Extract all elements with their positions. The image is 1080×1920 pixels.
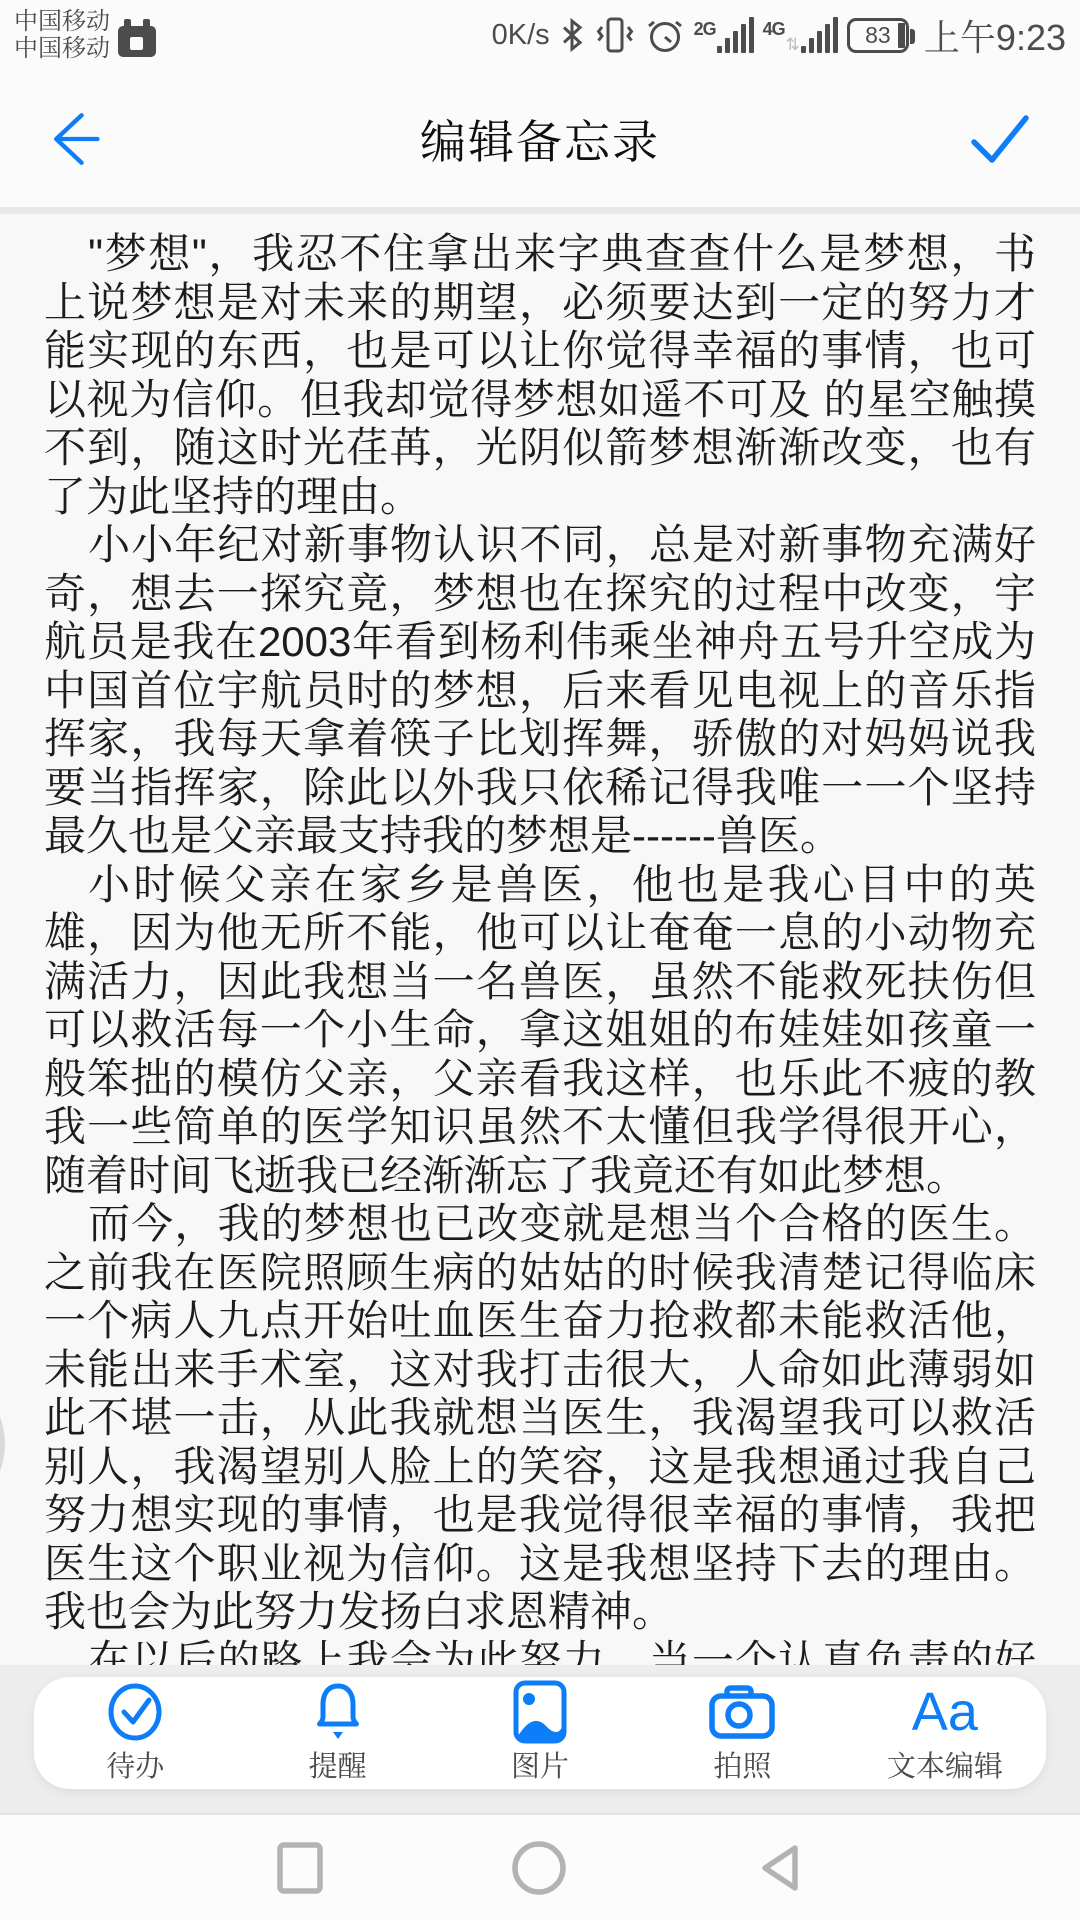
text-edit-label: 文本编辑 <box>887 1744 1003 1785</box>
image-icon <box>513 1681 567 1743</box>
note-paragraph[interactable]: "梦想"，我忍不住拿出来字典查查什么是梦想，书上说梦想是对未来的期望，必须要达到… <box>44 230 1036 521</box>
text-edit-button[interactable]: Aa 文本编辑 <box>844 1677 1046 1789</box>
back-button[interactable] <box>40 99 120 179</box>
system-nav-bar <box>0 1813 1080 1920</box>
reminder-label: 提醒 <box>309 1744 367 1785</box>
app-header: 编辑备忘录 <box>0 70 1080 207</box>
note-paragraph[interactable]: 而今，我的梦想也已改变就是想当个合格的医生。之前我在医院照顾生病的姑姑的时候我清… <box>44 1200 1036 1637</box>
note-paragraph[interactable]: 小小年纪对新事物认识不同，总是对新事物充满好奇，想去一探究竟，梦想也在探究的过程… <box>44 521 1036 861</box>
alarm-icon <box>645 15 685 55</box>
note-paragraph[interactable]: 在以后的路上我会为此努力，当一个认真负责的好医生，希望以后中国在医学方面有更大的… <box>44 1637 1036 1666</box>
signal-bars-4g: 4G ⇅ <box>763 17 838 53</box>
note-editor[interactable]: "梦想"，我忍不住拿出来字典查查什么是梦想，书上说梦想是对未来的期望，必须要达到… <box>0 214 1080 1665</box>
text-edit-aa-icon: Aa <box>912 1681 978 1743</box>
status-bar: 中国移动 中国移动 0K/s <box>0 0 1080 70</box>
home-button[interactable] <box>510 1839 568 1897</box>
signal-bars-2g: 2G <box>694 17 754 53</box>
camera-icon <box>708 1681 776 1743</box>
bluetooth-icon <box>559 17 585 53</box>
battery-icon: 83 <box>847 18 909 53</box>
battery-percent: 83 <box>865 22 891 49</box>
back-nav-button[interactable] <box>754 1841 804 1895</box>
left-arrow-icon <box>42 101 118 177</box>
note-toolbar: 待办 提醒 图片 <box>34 1677 1046 1789</box>
note-paragraph[interactable]: 小时候父亲在家乡是兽医，他也是我心目中的英雄，因为他无所不能，他可以让奄奄一息的… <box>44 861 1036 1201</box>
toolbar-strip: 待办 提醒 图片 <box>0 1665 1080 1813</box>
recents-square-icon <box>276 1841 324 1895</box>
page-title: 编辑备忘录 <box>420 106 660 172</box>
home-circle-icon <box>510 1839 568 1897</box>
todo-button[interactable]: 待办 <box>34 1677 236 1789</box>
calendar-icon <box>118 19 156 57</box>
reminder-button[interactable]: 提醒 <box>236 1677 438 1789</box>
vibrate-icon <box>594 15 636 55</box>
header-divider <box>0 207 1080 214</box>
picture-button[interactable]: 图片 <box>439 1677 641 1789</box>
recents-button[interactable] <box>276 1841 324 1895</box>
back-triangle-icon <box>754 1841 804 1895</box>
carrier-labels: 中国移动 中国移动 <box>14 8 110 62</box>
status-time: 上午9:23 <box>924 10 1066 61</box>
carrier-name-sim2: 中国移动 <box>14 35 110 62</box>
todo-label: 待办 <box>106 1744 164 1785</box>
picture-label: 图片 <box>511 1744 569 1785</box>
carrier-name-sim1: 中国移动 <box>14 8 110 35</box>
checkmark-icon <box>966 110 1034 168</box>
network-speed: 0K/s <box>492 19 550 52</box>
data-updown-arrows-icon: ⇅ <box>786 35 800 55</box>
todo-check-circle-icon <box>105 1681 165 1743</box>
take-photo-button[interactable]: 拍照 <box>641 1677 843 1789</box>
confirm-button[interactable] <box>960 99 1040 179</box>
take-photo-label: 拍照 <box>713 1744 771 1785</box>
bell-icon <box>309 1681 367 1743</box>
